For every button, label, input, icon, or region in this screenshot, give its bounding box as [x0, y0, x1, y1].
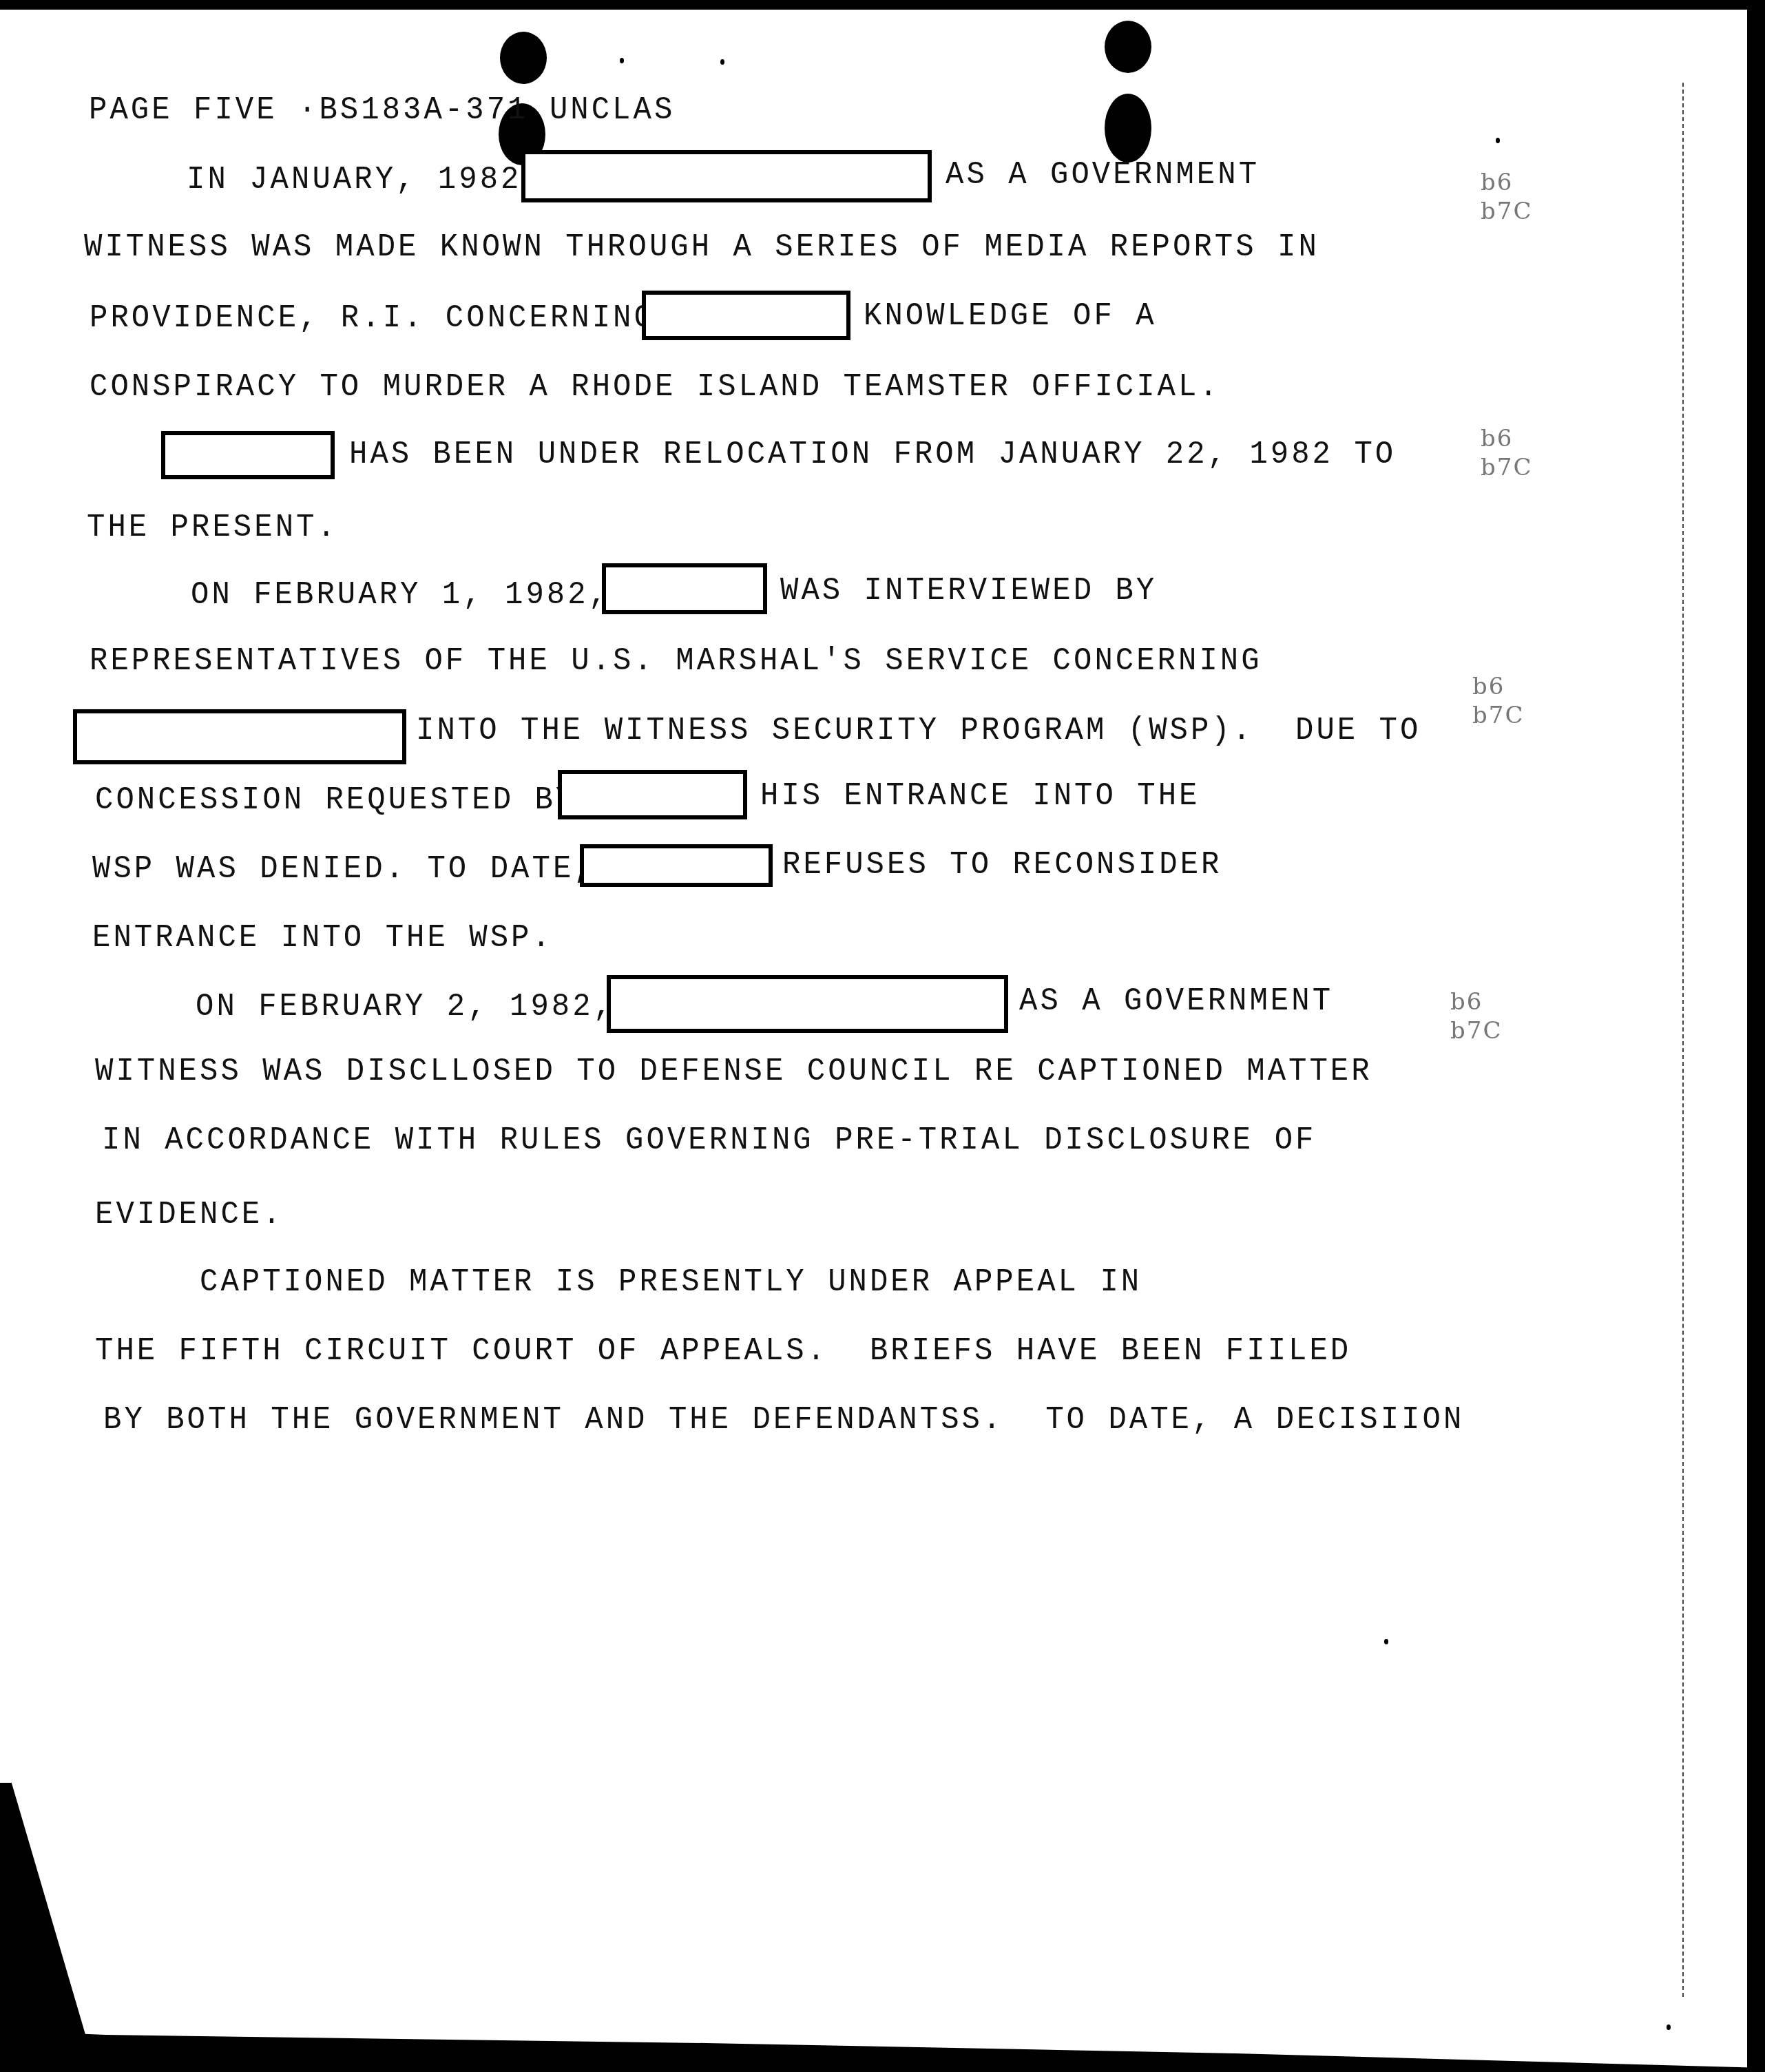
body-line: KNOWLEDGE OF A	[864, 297, 1157, 335]
body-line: INTO THE WITNESS SECURITY PROGRAM (WSP).…	[416, 712, 1421, 750]
body-line: ON FEBRUARY 2, 1982,	[196, 988, 614, 1026]
scan-top-edge	[0, 0, 1765, 10]
redaction-box	[161, 431, 335, 479]
body-line: CAPTIONED MATTER IS PRESENTLY UNDER APPE…	[200, 1264, 1142, 1301]
body-line: WAS INTERVIEWED BY	[780, 572, 1157, 610]
body-line: WSP WAS DENIED. TO DATE,	[92, 850, 595, 888]
exemption-code-b6: b6	[1481, 168, 1513, 197]
body-line: AS A GOVERNMENT	[1019, 983, 1333, 1021]
scan-left-wedge	[0, 1783, 96, 2072]
redaction-box	[642, 291, 850, 340]
exemption-code-b6: b6	[1472, 672, 1505, 701]
body-line: REPRESENTATIVES OF THE U.S. MARSHAL'S SE…	[90, 642, 1262, 680]
exemption-code-b6: b6	[1481, 424, 1513, 453]
body-line: WITNESS WAS MADE KNOWN THROUGH A SERIES …	[84, 229, 1319, 266]
body-line: EVIDENCE.	[95, 1196, 284, 1234]
body-line: IN ACCORDANCE WITH RULES GOVERNING PRE-T…	[102, 1122, 1316, 1160]
body-line: PROVIDENCE, R.I. CONCERNING	[90, 300, 655, 337]
body-line: HIS ENTRANCE INTO THE	[760, 777, 1200, 815]
body-line: IN JANUARY, 1982,	[187, 161, 543, 199]
redaction-box	[558, 770, 747, 819]
exemption-code-b7c: b7C	[1450, 1016, 1502, 1045]
body-line: THE PRESENT.	[87, 509, 338, 547]
redaction-box	[607, 975, 1008, 1033]
punch-hole-icon	[500, 32, 547, 84]
redaction-box	[521, 150, 932, 202]
scan-speck	[1667, 2024, 1671, 2030]
scan-speck	[620, 58, 624, 63]
body-line: AS A GOVERNMENT	[946, 156, 1260, 194]
document-page: PAGE FIVE ·BS183A-371 UNCLAS IN JANUARY,…	[0, 0, 1765, 2072]
scan-right-edge	[1747, 0, 1765, 2072]
body-line: CONCESSION REQUESTED BY	[95, 782, 576, 819]
body-line: ON FEBRUARY 1, 1982,	[191, 576, 609, 614]
body-line: THE FIFTH CIRCUIT COURT OF APPEALS. BRIE…	[95, 1332, 1351, 1370]
scan-speck	[720, 59, 724, 65]
punch-hole-icon	[1105, 21, 1151, 73]
body-line: ENTRANCE INTO THE WSP.	[92, 919, 553, 957]
scan-bottom-edge	[0, 2031, 1765, 2072]
redaction-box	[580, 844, 773, 887]
body-line: HAS BEEN UNDER RELOCATION FROM JANUARY 2…	[349, 436, 1396, 474]
margin-fold-line	[1682, 83, 1684, 1997]
redaction-box	[73, 709, 406, 764]
punch-hole-icon	[1105, 94, 1151, 163]
exemption-code-b7c: b7C	[1481, 197, 1532, 226]
exemption-code-b7c: b7C	[1481, 453, 1532, 482]
exemption-code-b6: b6	[1450, 987, 1483, 1016]
document-header: PAGE FIVE ·BS183A-371 UNCLAS	[89, 92, 675, 129]
exemption-code-b7c: b7C	[1472, 701, 1524, 730]
scan-speck	[1496, 138, 1500, 143]
body-line: REFUSES TO RECONSIDER	[782, 846, 1222, 884]
redaction-box	[602, 563, 767, 614]
body-line: BY BOTH THE GOVERNMENT AND THE DEFENDANT…	[103, 1401, 1464, 1439]
body-line: CONSPIRACY TO MURDER A RHODE ISLAND TEAM…	[90, 368, 1220, 406]
scan-speck	[1384, 1639, 1388, 1644]
body-line: WITNESS WAS DISCLLOSED TO DEFENSE COUNCI…	[95, 1053, 1372, 1091]
